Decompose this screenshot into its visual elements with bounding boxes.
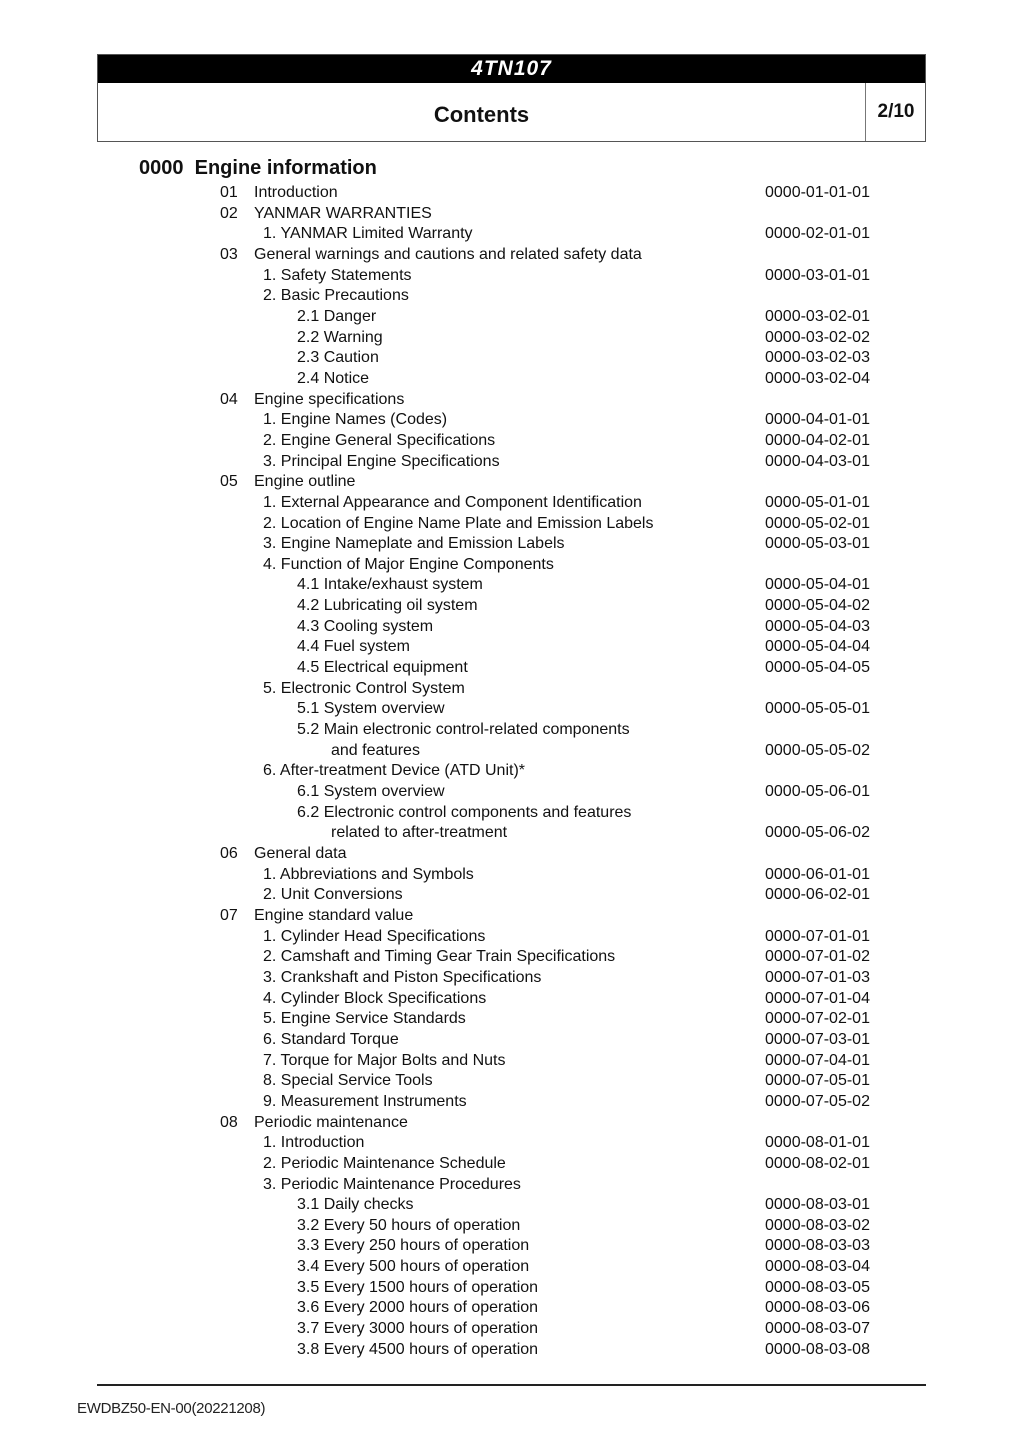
toc-entry[interactable]: 03General warnings and cautions and rela… xyxy=(0,245,1024,266)
toc-entry[interactable]: 2. Periodic Maintenance Schedule0000-08-… xyxy=(0,1154,1024,1175)
entry-title[interactable]: 2.4 Notice xyxy=(297,369,369,390)
toc-entry[interactable]: 3.4 Every 500 hours of operation0000-08-… xyxy=(0,1257,1024,1278)
entry-code: 0000-08-03-02 xyxy=(765,1216,870,1237)
entry-title[interactable]: 6.1 System overview xyxy=(297,782,445,803)
entry-title[interactable]: 9. Measurement Instruments xyxy=(263,1092,467,1113)
section-number: 05 xyxy=(220,472,238,493)
entry-code: 0000-05-02-01 xyxy=(765,514,870,535)
page-title: Contents xyxy=(98,83,865,141)
toc-entry[interactable]: 2.3 Caution0000-03-02-03 xyxy=(0,348,1024,369)
entry-title[interactable]: 7. Torque for Major Bolts and Nuts xyxy=(263,1051,506,1072)
entry-code: 0000-05-04-02 xyxy=(765,596,870,617)
entry-title[interactable]: 4. Cylinder Block Specifications xyxy=(263,989,486,1010)
toc-entry[interactable]: 3. Crankshaft and Piston Specifications0… xyxy=(0,968,1024,989)
page-number: 2/10 xyxy=(866,83,926,141)
entry-title[interactable]: and features xyxy=(331,741,420,762)
section-number: 06 xyxy=(220,844,238,865)
toc-entry[interactable]: 8. Special Service Tools0000-07-05-01 xyxy=(0,1071,1024,1092)
entry-title[interactable]: General warnings and cautions and relate… xyxy=(254,245,642,266)
entry-title[interactable]: 5. Engine Service Standards xyxy=(263,1009,466,1030)
section-number: 02 xyxy=(220,204,238,225)
entry-code: 0000-07-01-03 xyxy=(765,968,870,989)
toc-entry[interactable]: related to after-treatment0000-05-06-02 xyxy=(0,823,1024,844)
toc-entry[interactable]: 9. Measurement Instruments0000-07-05-02 xyxy=(0,1092,1024,1113)
entry-title[interactable]: 3. Periodic Maintenance Procedures xyxy=(263,1175,521,1196)
entry-title[interactable]: 2. Location of Engine Name Plate and Emi… xyxy=(263,514,653,535)
entry-code: 0000-05-04-03 xyxy=(765,617,870,638)
entry-code: 0000-08-02-01 xyxy=(765,1154,870,1175)
toc-entry[interactable]: 2. Engine General Specifications0000-04-… xyxy=(0,431,1024,452)
entry-title[interactable]: 2.3 Caution xyxy=(297,348,379,369)
entry-title[interactable]: Engine standard value xyxy=(254,906,413,927)
entry-title[interactable]: 2. Camshaft and Timing Gear Train Specif… xyxy=(263,947,615,968)
toc-entry[interactable]: and features0000-05-05-02 xyxy=(0,741,1024,762)
entry-code: 0000-07-01-04 xyxy=(765,989,870,1010)
toc-entry[interactable]: 4.4 Fuel system0000-05-04-04 xyxy=(0,637,1024,658)
entry-code: 0000-04-03-01 xyxy=(765,452,870,473)
entry-title[interactable]: 2.1 Danger xyxy=(297,307,376,328)
entry-title[interactable]: 6. After-treatment Device (ATD Unit)* xyxy=(263,761,525,782)
toc-entry[interactable]: 6.2 Electronic control components and fe… xyxy=(0,803,1024,824)
entry-code: 0000-08-03-03 xyxy=(765,1236,870,1257)
toc-entry[interactable]: 2. Camshaft and Timing Gear Train Specif… xyxy=(0,947,1024,968)
toc-entry[interactable]: 1. External Appearance and Component Ide… xyxy=(0,493,1024,514)
entry-title[interactable]: Engine specifications xyxy=(254,390,404,411)
entry-title[interactable]: YANMAR WARRANTIES xyxy=(254,204,432,225)
toc-entry[interactable]: 5. Electronic Control System xyxy=(0,679,1024,700)
toc-entry[interactable]: 3.7 Every 3000 hours of operation0000-08… xyxy=(0,1319,1024,1340)
model-banner: 4TN107 xyxy=(98,55,925,83)
chapter-number: 0000 xyxy=(139,157,184,179)
toc-entry[interactable]: 1. Safety Statements0000-03-01-01 xyxy=(0,266,1024,287)
toc-entry[interactable]: 07Engine standard value xyxy=(0,906,1024,927)
entry-title[interactable]: 5.1 System overview xyxy=(297,699,445,720)
entry-code: 0000-03-02-03 xyxy=(765,348,870,369)
entry-code: 0000-05-06-01 xyxy=(765,782,870,803)
entry-title[interactable]: 4.1 Intake/exhaust system xyxy=(297,575,483,596)
entry-code: 0000-04-01-01 xyxy=(765,410,870,431)
entry-title[interactable]: 1. Abbreviations and Symbols xyxy=(263,865,474,886)
entry-code: 0000-08-03-05 xyxy=(765,1278,870,1299)
toc-entry[interactable]: 6. After-treatment Device (ATD Unit)* xyxy=(0,761,1024,782)
entry-title[interactable]: 4. Function of Major Engine Components xyxy=(263,555,554,576)
toc-entry[interactable]: 4.2 Lubricating oil system0000-05-04-02 xyxy=(0,596,1024,617)
entry-code: 0000-07-02-01 xyxy=(765,1009,870,1030)
entry-code: 0000-07-05-02 xyxy=(765,1092,870,1113)
entry-title[interactable]: Introduction xyxy=(254,183,338,204)
entry-title[interactable]: 1. Cylinder Head Specifications xyxy=(263,927,485,948)
toc-entry[interactable]: 3.3 Every 250 hours of operation0000-08-… xyxy=(0,1236,1024,1257)
toc-entry[interactable]: 3. Principal Engine Specifications0000-0… xyxy=(0,452,1024,473)
entry-title[interactable]: 3. Engine Nameplate and Emission Labels xyxy=(263,534,565,555)
toc-entry[interactable]: 1. Engine Names (Codes)0000-04-01-01 xyxy=(0,410,1024,431)
entry-code: 0000-02-01-01 xyxy=(765,224,870,245)
toc-entry[interactable]: 1. Abbreviations and Symbols0000-06-01-0… xyxy=(0,865,1024,886)
toc-entry[interactable]: 4.1 Intake/exhaust system0000-05-04-01 xyxy=(0,575,1024,596)
toc-entry[interactable]: 3.6 Every 2000 hours of operation0000-08… xyxy=(0,1298,1024,1319)
entry-title[interactable]: 2. Engine General Specifications xyxy=(263,431,495,452)
entry-title[interactable]: 6. Standard Torque xyxy=(263,1030,399,1051)
entry-title[interactable]: 1. Engine Names (Codes) xyxy=(263,410,447,431)
entry-title[interactable]: 3.1 Daily checks xyxy=(297,1195,414,1216)
toc-entry[interactable]: 2.2 Warning0000-03-02-02 xyxy=(0,328,1024,349)
toc-entry[interactable]: 5. Engine Service Standards0000-07-02-01 xyxy=(0,1009,1024,1030)
entry-title[interactable]: 3.2 Every 50 hours of operation xyxy=(297,1216,520,1237)
entry-code: 0000-04-02-01 xyxy=(765,431,870,452)
entry-title[interactable]: related to after-treatment xyxy=(331,823,507,844)
toc-entry[interactable]: 6. Standard Torque0000-07-03-01 xyxy=(0,1030,1024,1051)
section-number: 04 xyxy=(220,390,238,411)
document-id: EWDBZ50-EN-00(20221208) xyxy=(77,1400,265,1417)
toc-entry[interactable]: 3. Periodic Maintenance Procedures xyxy=(0,1175,1024,1196)
entry-code: 0000-03-02-04 xyxy=(765,369,870,390)
entry-code: 0000-05-04-01 xyxy=(765,575,870,596)
toc-entry[interactable]: 6.1 System overview0000-05-06-01 xyxy=(0,782,1024,803)
entry-title[interactable]: 6.2 Electronic control components and fe… xyxy=(297,803,631,824)
entry-code: 0000-05-05-01 xyxy=(765,699,870,720)
toc-entry[interactable]: 3.5 Every 1500 hours of operation0000-08… xyxy=(0,1278,1024,1299)
entry-code: 0000-07-01-01 xyxy=(765,927,870,948)
toc-entry[interactable]: 08Periodic maintenance xyxy=(0,1113,1024,1134)
entry-title[interactable]: 4.2 Lubricating oil system xyxy=(297,596,478,617)
entry-title[interactable]: 3.4 Every 500 hours of operation xyxy=(297,1257,529,1278)
entry-code: 0000-08-03-04 xyxy=(765,1257,870,1278)
entry-title[interactable]: Periodic maintenance xyxy=(254,1113,408,1134)
toc-entry[interactable]: 3.2 Every 50 hours of operation0000-08-0… xyxy=(0,1216,1024,1237)
toc-entry[interactable]: 2. Location of Engine Name Plate and Emi… xyxy=(0,514,1024,535)
toc-entry[interactable]: 4.3 Cooling system0000-05-04-03 xyxy=(0,617,1024,638)
toc-entry[interactable]: 2. Basic Precautions xyxy=(0,286,1024,307)
entry-title[interactable]: 3.7 Every 3000 hours of operation xyxy=(297,1319,538,1340)
toc-entry[interactable]: 2.1 Danger0000-03-02-01 xyxy=(0,307,1024,328)
entry-code: 0000-08-03-08 xyxy=(765,1340,870,1361)
entry-code: 0000-06-01-01 xyxy=(765,865,870,886)
entry-code: 0000-08-03-06 xyxy=(765,1298,870,1319)
entry-title[interactable]: 3.3 Every 250 hours of operation xyxy=(297,1236,529,1257)
toc-entry[interactable]: 3.8 Every 4500 hours of operation0000-08… xyxy=(0,1340,1024,1361)
entry-code: 0000-05-03-01 xyxy=(765,534,870,555)
entry-code: 0000-06-02-01 xyxy=(765,885,870,906)
entry-title[interactable]: 2.2 Warning xyxy=(297,328,383,349)
toc-entry[interactable]: 06General data xyxy=(0,844,1024,865)
toc-entry[interactable]: 5.2 Main electronic control-related comp… xyxy=(0,720,1024,741)
entry-title[interactable]: Engine outline xyxy=(254,472,355,493)
entry-title[interactable]: 4.4 Fuel system xyxy=(297,637,410,658)
entry-title[interactable]: 3. Crankshaft and Piston Specifications xyxy=(263,968,541,989)
entry-title[interactable]: 2. Periodic Maintenance Schedule xyxy=(263,1154,506,1175)
entry-code: 0000-07-04-01 xyxy=(765,1051,870,1072)
entry-code: 0000-03-01-01 xyxy=(765,266,870,287)
entry-title[interactable]: 3.5 Every 1500 hours of operation xyxy=(297,1278,538,1299)
toc-entry[interactable]: 4. Function of Major Engine Components xyxy=(0,555,1024,576)
entry-code: 0000-08-03-01 xyxy=(765,1195,870,1216)
entry-code: 0000-08-03-07 xyxy=(765,1319,870,1340)
chapter-title: Engine information xyxy=(195,157,377,179)
toc-entry[interactable]: 4. Cylinder Block Specifications0000-07-… xyxy=(0,989,1024,1010)
toc-entry[interactable]: 1. YANMAR Limited Warranty0000-02-01-01 xyxy=(0,224,1024,245)
entry-code: 0000-01-01-01 xyxy=(765,183,870,204)
entry-code: 0000-05-06-02 xyxy=(765,823,870,844)
toc-entry[interactable]: 05Engine outline xyxy=(0,472,1024,493)
entry-title[interactable]: 2. Basic Precautions xyxy=(263,286,409,307)
entry-code: 0000-05-01-01 xyxy=(765,493,870,514)
toc-entry[interactable]: 3.1 Daily checks0000-08-03-01 xyxy=(0,1195,1024,1216)
entry-title[interactable]: 3.6 Every 2000 hours of operation xyxy=(297,1298,538,1319)
entry-title[interactable]: 1. External Appearance and Component Ide… xyxy=(263,493,642,514)
entry-code: 0000-03-02-01 xyxy=(765,307,870,328)
toc-entry[interactable]: 1. Cylinder Head Specifications0000-07-0… xyxy=(0,927,1024,948)
entry-title[interactable]: 1. YANMAR Limited Warranty xyxy=(263,224,473,245)
entry-title[interactable]: 3. Principal Engine Specifications xyxy=(263,452,500,473)
page-header: 4TN107 Contents 2/10 xyxy=(97,54,926,142)
entry-title[interactable]: 3.8 Every 4500 hours of operation xyxy=(297,1340,538,1361)
table-of-contents: 01Introduction0000-01-01-0102YANMAR WARR… xyxy=(0,183,1024,1360)
entry-title[interactable]: 4.3 Cooling system xyxy=(297,617,433,638)
entry-code: 0000-07-03-01 xyxy=(765,1030,870,1051)
entry-code: 0000-08-01-01 xyxy=(765,1133,870,1154)
entry-title[interactable]: 1. Introduction xyxy=(263,1133,364,1154)
toc-entry[interactable]: 5.1 System overview0000-05-05-01 xyxy=(0,699,1024,720)
chapter-heading: 0000 Engine information xyxy=(139,157,377,180)
entry-title[interactable]: 8. Special Service Tools xyxy=(263,1071,433,1092)
entry-code: 0000-05-04-04 xyxy=(765,637,870,658)
entry-code: 0000-05-05-02 xyxy=(765,741,870,762)
toc-entry[interactable]: 04Engine specifications xyxy=(0,390,1024,411)
toc-entry[interactable]: 02YANMAR WARRANTIES xyxy=(0,204,1024,225)
toc-entry[interactable]: 7. Torque for Major Bolts and Nuts0000-0… xyxy=(0,1051,1024,1072)
entry-title[interactable]: 5. Electronic Control System xyxy=(263,679,465,700)
entry-title[interactable]: General data xyxy=(254,844,347,865)
toc-entry[interactable]: 1. Introduction0000-08-01-01 xyxy=(0,1133,1024,1154)
toc-entry[interactable]: 4.5 Electrical equipment0000-05-04-05 xyxy=(0,658,1024,679)
toc-entry[interactable]: 3. Engine Nameplate and Emission Labels0… xyxy=(0,534,1024,555)
section-number: 08 xyxy=(220,1113,238,1134)
entry-title[interactable]: 5.2 Main electronic control-related comp… xyxy=(297,720,630,741)
entry-code: 0000-05-04-05 xyxy=(765,658,870,679)
entry-title[interactable]: 2. Unit Conversions xyxy=(263,885,403,906)
entry-code: 0000-03-02-02 xyxy=(765,328,870,349)
toc-entry[interactable]: 01Introduction0000-01-01-01 xyxy=(0,183,1024,204)
toc-entry[interactable]: 2. Unit Conversions0000-06-02-01 xyxy=(0,885,1024,906)
section-number: 07 xyxy=(220,906,238,927)
toc-entry[interactable]: 2.4 Notice0000-03-02-04 xyxy=(0,369,1024,390)
section-number: 03 xyxy=(220,245,238,266)
entry-code: 0000-07-05-01 xyxy=(765,1071,870,1092)
entry-title[interactable]: 4.5 Electrical equipment xyxy=(297,658,468,679)
section-number: 01 xyxy=(220,183,238,204)
entry-title[interactable]: 1. Safety Statements xyxy=(263,266,412,287)
entry-code: 0000-07-01-02 xyxy=(765,947,870,968)
footer-rule xyxy=(97,1384,926,1386)
